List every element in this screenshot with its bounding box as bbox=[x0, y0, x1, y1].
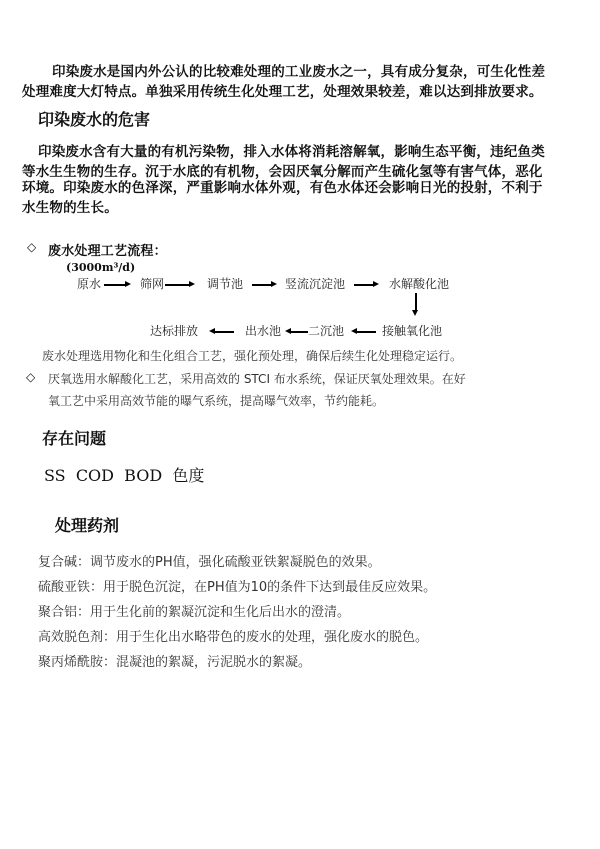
node-contact-oxidation-tank: 接触氧化池 bbox=[382, 322, 442, 339]
process-heading: 废水处理工艺流程： bbox=[48, 240, 167, 259]
node-discharge: 达标排放 bbox=[150, 322, 198, 339]
node-hydrolysis-tank: 水解酸化池 bbox=[389, 275, 449, 292]
node-outlet-tank: 出水池 bbox=[245, 322, 281, 339]
hazard-heading: 印染废水的危害 bbox=[38, 107, 150, 130]
hazard-line-4: 水生物的生长。 bbox=[22, 196, 118, 216]
arrow-right-icon bbox=[104, 284, 126, 286]
arrow-right-icon bbox=[165, 284, 190, 286]
node-raw-water: 原水 bbox=[77, 275, 101, 292]
arrow-down-icon bbox=[415, 293, 417, 311]
chemical-item: 复合碱：调节废水的PH值，强化硫酸亚铁絮凝脱色的效果。 bbox=[38, 551, 381, 570]
chemical-item: 硫酸亚铁：用于脱色沉淀，在PH值为10的条件下达到最佳反应效果。 bbox=[38, 576, 436, 595]
intro-line-1: 印染废水是国内外公认的比较难处理的工业废水之一，具有成分复杂，可生化性差 bbox=[52, 60, 545, 80]
intro-line-2: 处理难度大灯特点。单独采用传统生化处理工艺，处理效果较差，难以达到排放要求。 bbox=[22, 80, 543, 100]
process-note-1: 废水处理选用物化和生化组合工艺，强化预处理，确保后续生化处理稳定运行。 bbox=[42, 347, 462, 364]
chemical-item: 高效脱色剂：用于生化出水略带色的废水的处理，强化废水的脱色。 bbox=[38, 626, 428, 645]
process-note-2-line-2: 氧工艺中采用高效节能的曝气系统，提高曝气效率，节约能耗。 bbox=[48, 392, 384, 409]
node-vertical-settling-tank: 竖流沉淀池 bbox=[285, 275, 345, 292]
problems-list: SS COD BOD 色度 bbox=[44, 463, 204, 486]
capacity-label: (3000m³/d) bbox=[66, 261, 135, 274]
chemical-item: 聚丙烯酰胺：混凝池的絮凝，污泥脱水的絮凝。 bbox=[38, 651, 311, 670]
arrow-left-icon bbox=[214, 331, 234, 333]
arrow-left-icon bbox=[290, 331, 308, 333]
arrow-left-icon bbox=[356, 331, 376, 333]
arrow-right-icon bbox=[354, 284, 374, 286]
chemicals-heading: 处理药剂 bbox=[55, 513, 119, 536]
diamond-bullet-icon: ◇ bbox=[26, 370, 35, 384]
hazard-line-3: 环境。印染废水的色泽深，严重影响水体外观，有色水体还会影响日光的投射，不利于 bbox=[22, 176, 543, 196]
arrow-right-icon bbox=[252, 284, 272, 286]
node-screen: 筛网 bbox=[140, 275, 164, 292]
chemical-item: 聚合铝：用于生化前的絮凝沉淀和生化后出水的澄清。 bbox=[38, 601, 350, 620]
node-equalization-tank: 调节池 bbox=[207, 275, 243, 292]
hazard-line-1: 印染废水含有大量的有机污染物，排入水体将消耗溶解氧，影响生态平衡，违纪鱼类 bbox=[38, 140, 545, 160]
node-secondary-settling-tank: 二沉池 bbox=[308, 322, 344, 339]
process-note-2-line-1: 厌氧选用水解酸化工艺，采用高效的 STCI 布水系统，保证厌氧处理效果。在好 bbox=[48, 370, 466, 387]
problems-heading: 存在问题 bbox=[42, 426, 106, 449]
diamond-bullet-icon: ◇ bbox=[27, 240, 36, 254]
